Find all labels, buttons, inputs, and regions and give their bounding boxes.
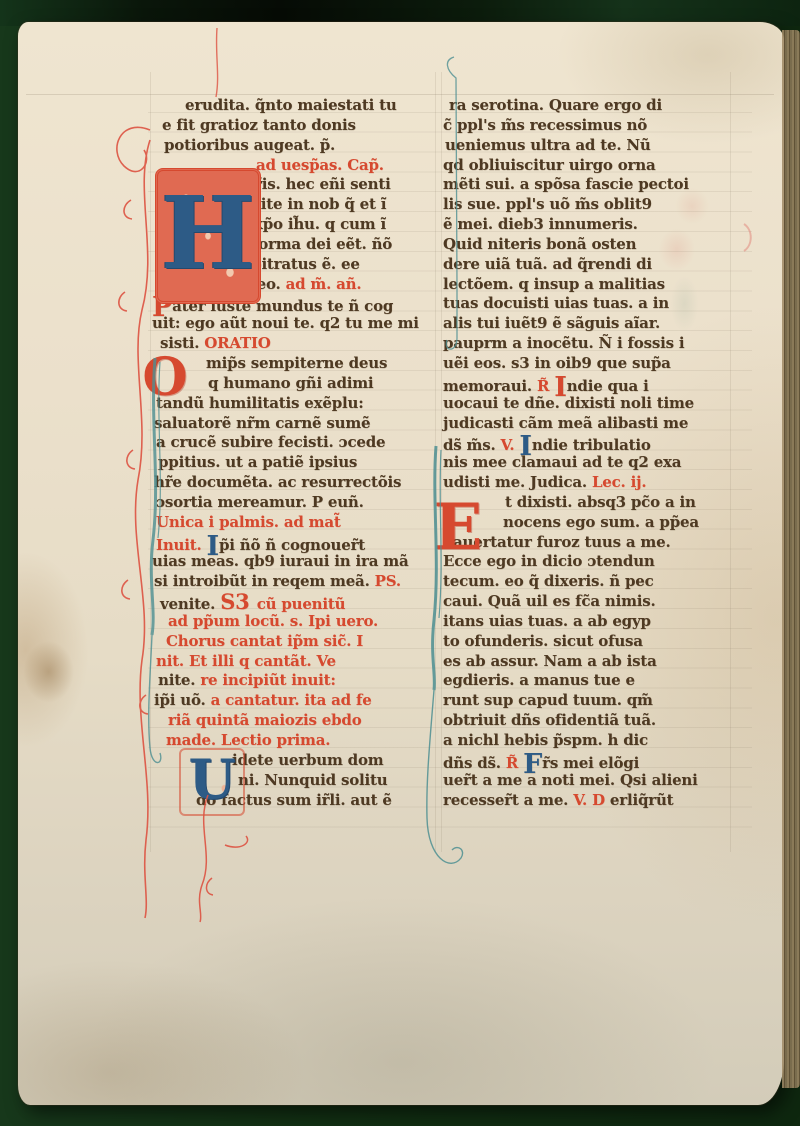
text-run: ad m̃. añ. — [286, 275, 362, 293]
text-run: qd obliuiscitur uirgo orna — [443, 156, 655, 174]
text-line: alis tui iuẽt9 ẽ sãguis aĩar. — [443, 314, 739, 334]
text-line: ppitius. ut a patiẽ ipsius — [152, 453, 448, 473]
text-run: itans uias tuas. a ab egyp — [443, 612, 651, 630]
text-run: ad pp̃um locũ. s. Ipi uero. — [168, 612, 378, 630]
text-line: auertatur furoz tuus a me. — [443, 533, 739, 553]
text-run: nit. Et illi q cantãt. Ve — [156, 652, 336, 670]
text-run: erliq̃rũt — [610, 791, 673, 809]
text-run: pauprm a inocẽtu. Ñ i fossis i — [443, 334, 684, 352]
text-run: e fit gratioz tanto donis — [162, 116, 356, 134]
text-line: uias meas. qb9 iuraui in ira mã — [152, 552, 448, 572]
text-line: lectõem. q insup a malitias — [443, 275, 739, 295]
text-line: tecum. eo q̃ dixeris. ñ pec — [443, 572, 739, 592]
text-line: saluatorẽ nr̃m carnẽ sumẽ — [152, 414, 448, 434]
text-line: udisti me. Judica. Lec. ij. — [443, 473, 739, 493]
text-line: mẽti sui. a spõsa fascie pectoi — [443, 175, 739, 195]
text-line: itans uias tuas. a ab egyp — [443, 612, 739, 632]
text-line: e fit gratioz tanto donis — [152, 116, 448, 136]
text-run: recesser̃t a me. — [443, 791, 573, 809]
text-run: r̃s mei elõgi — [542, 754, 639, 772]
manuscript-photograph: { "meta": { "kind": "illuminated-manuscr… — [0, 0, 800, 1126]
text-run: Chorus cantat ip̃m sic̃. I — [166, 632, 363, 650]
text-run: R̃ — [506, 754, 523, 772]
text-line: dere uiã tuã. ad q̃rendi di — [443, 255, 739, 275]
text-run: uias meas. qb9 iuraui in ira mã — [152, 552, 408, 570]
text-line: recesser̃t a me. V. D erliq̃rũt — [443, 791, 739, 811]
text-line: to ofunderis. sicut ofusa — [443, 632, 739, 652]
text-line: Ecce ego in dicio ɔtendun — [443, 552, 739, 572]
text-line: ra serotina. Quare ergo di — [443, 96, 739, 116]
text-run: es ab assur. Nam a ab ista — [443, 652, 657, 670]
text-run: ueniemus ultra ad te. Nũ — [445, 136, 651, 154]
text-run: ppitius. ut a patiẽ ipsius — [158, 453, 357, 471]
text-run: a crucẽ subire fecisti. ɔcede — [156, 433, 385, 451]
text-run: ra serotina. Quare ergo di — [449, 96, 662, 114]
text-line: erudita. q̃nto maiestati tu — [152, 96, 448, 116]
text-line: ip̃i uõ. a cantatur. ita ad fe — [152, 691, 448, 711]
text-run: saluatorẽ nr̃m carnẽ sumẽ — [154, 414, 370, 432]
text-line: pauprm a inocẽtu. Ñ i fossis i — [443, 334, 739, 354]
text-run: uẽi eos. s3 in oib9 que sup̃a — [443, 354, 671, 372]
text-line: dñs ds̃. R̃ Fr̃s mei elõgi — [443, 751, 739, 771]
text-line: c̃ ppl's m̃s recessimus nõ — [443, 116, 739, 136]
text-run: se equalẽ deo. — [164, 275, 286, 293]
text-run: ORATIO — [204, 334, 270, 352]
text-line: ad uesp̃as. Cap̃. — [152, 156, 448, 176]
text-run: mẽti sui. a spõsa fascie pectoi — [443, 175, 689, 193]
book-fore-edge — [782, 30, 800, 1088]
text-line: se equalẽ deo. ad m̃. añ. — [152, 275, 448, 295]
ruling-line-top — [26, 94, 774, 95]
text-run: dere uiã tuã. ad q̃rendi di — [443, 255, 652, 273]
text-run: a nichl hebis p̃spm. h dic — [443, 731, 648, 749]
text-run: tite in nob q̃ et ĩ — [254, 195, 386, 213]
text-run: si introibũt in reqem meã. — [154, 572, 375, 590]
text-run: idete uerbum dom — [232, 751, 383, 769]
text-run: dñs ds̃. — [443, 754, 506, 772]
text-line: caui. Quã uil es fc̃a nimis. — [443, 592, 739, 612]
text-run: xp̃o ih̃u. q cum ĩ — [254, 215, 386, 233]
text-run: ɔsortia mereamur. P euñ. — [156, 493, 364, 511]
text-run: ds̃ m̃s. — [443, 436, 501, 454]
text-line: nit. Et illi q cantãt. Ve — [152, 652, 448, 672]
text-run: nocens ego sum. a pp̃ea — [503, 513, 699, 531]
text-line: q humano gñi adimi — [152, 374, 448, 394]
text-line: tandũ humilitatis exẽplu: — [152, 394, 448, 414]
text-run: udisti me. Judica. — [443, 473, 592, 491]
text-run: caui. Quã uil es fc̃a nimis. — [443, 592, 656, 610]
text-run: ndie qua i — [567, 377, 649, 395]
left-column: erudita. q̃nto maiestati tue fit gratioz… — [152, 96, 448, 810]
text-run: venite. — [160, 595, 220, 613]
text-line: rapinam arbitratus ẽ. ee — [152, 255, 448, 275]
text-line: hr̃e documẽta. ac resurrectõis — [152, 473, 448, 493]
text-run: nite. — [158, 671, 200, 689]
text-line: qd obliuiscitur uirgo orna — [443, 156, 739, 176]
text-line: tuas docuisti uias tuas. a in — [443, 294, 739, 314]
text-line: uẽi eos. s3 in oib9 que sup̃a — [443, 354, 739, 374]
text-run: ndie tribulatio — [532, 436, 651, 454]
text-run: Ecce ego in dicio ɔtendun — [443, 552, 655, 570]
text-run: nis mee clamaui ad te q2 exa — [443, 453, 681, 471]
text-line: xp̃o ih̃u. q cum ĩ — [152, 215, 448, 235]
ruling-line-vertical-left — [150, 72, 151, 852]
text-run: r̃is. hec eñi senti — [254, 175, 391, 193]
text-run: cũ puenitũ — [257, 595, 346, 613]
text-line: nite. re incipiũt inuit: — [152, 671, 448, 691]
text-run: Inuit. — [156, 536, 207, 554]
text-line: do factus sum ir̃li. aut ẽ — [152, 791, 448, 811]
text-line: r̃is. hec eñi senti — [152, 175, 448, 195]
text-line: ni. Nunquid solitu — [152, 771, 448, 791]
text-run: ad uesp̃as. Cap̃. — [256, 156, 384, 174]
text-run: memoraui. — [443, 377, 537, 395]
text-line: Quid niteris bonã osten — [443, 235, 739, 255]
text-line: ẽ mei. dieb3 innumeris. — [443, 215, 739, 235]
text-run: a cantatur. ita ad fe — [211, 691, 372, 709]
text-run: mip̃s sempiterne deus — [206, 354, 387, 372]
text-run: c̃ ppl's m̃s recessimus nõ — [443, 116, 647, 134]
text-line: ad pp̃um locũ. s. Ipi uero. — [152, 612, 448, 632]
text-line: lis sue. ppl's uõ m̃s oblit9 — [443, 195, 739, 215]
text-run: obtriuit dñs ofidentiã tuã. — [443, 711, 656, 729]
text-line: ɔsortia mereamur. P euñ. — [152, 493, 448, 513]
text-line: memoraui. R̃ Indie qua i — [443, 374, 739, 394]
text-run: ẽ mei. dieb3 innumeris. — [443, 215, 638, 233]
text-run: runt sup capud tuum. qm̃ — [443, 691, 653, 709]
text-run: sisti. — [160, 334, 204, 352]
text-line: obtriuit dñs ofidentiã tuã. — [443, 711, 739, 731]
text-line: Inuit. Ip̃i ñõ ñ cognouer̃t — [152, 533, 448, 553]
text-run: tandũ humilitatis exẽplu: — [156, 394, 364, 412]
text-run: alis tui iuẽt9 ẽ sãguis aĩar. — [443, 314, 660, 332]
text-run: ni. Nunquid solitu — [238, 771, 387, 789]
text-run: q humano gñi adimi — [208, 374, 373, 392]
text-run: ip̃i uõ. — [154, 691, 211, 709]
text-line: Chorus cantat ip̃m sic̃. I — [152, 632, 448, 652]
text-run: Lec. ij. — [592, 473, 646, 491]
text-line: uer̃t a me a noti mei. Qsi alieni — [443, 771, 739, 791]
text-run: tecum. eo q̃ dixeris. ñ pec — [443, 572, 654, 590]
text-line: a nichl hebis p̃spm. h dic — [443, 731, 739, 751]
text-line: uocaui te dñe. dixisti noli time — [443, 394, 739, 414]
text-line: Pater iuste mundus te ñ cog — [152, 294, 448, 314]
text-run: ater iuste mundus te ñ cog — [172, 297, 393, 315]
text-run: uit: ego aũt noui te. q2 tu me mi — [152, 314, 419, 332]
text-line: nis mee clamaui ad te q2 exa — [443, 453, 739, 473]
text-line: si introibũt in reqem meã. PS. — [152, 572, 448, 592]
text-line: runt sup capud tuum. qm̃ — [443, 691, 739, 711]
text-run: V. — [501, 436, 520, 454]
text-line: potioribus augeat. p̃. — [152, 136, 448, 156]
text-line: a crucẽ subire fecisti. ɔcede — [152, 433, 448, 453]
text-line: judicasti cãm meã alibasti me — [443, 414, 739, 434]
text-line: mip̃s sempiterne deus — [152, 354, 448, 374]
text-line: nocens ego sum. a pp̃ea — [443, 513, 739, 533]
text-run: erudita. q̃nto maiestati tu — [185, 96, 397, 114]
text-run: uocaui te dñe. dixisti noli time — [443, 394, 694, 412]
text-run: auertatur furoz tuus a me. — [453, 533, 670, 551]
text-line: es ab assur. Nam a ab ista — [443, 652, 739, 672]
text-run: Quid niteris bonã osten — [443, 235, 636, 253]
text-run: t dixisti. absq3 pc̃o a in — [505, 493, 696, 511]
text-line: ds̃ m̃s. V. Indie tribulatio — [443, 433, 739, 453]
text-line: forma dei eẽt. ñõ — [152, 235, 448, 255]
text-run: hr̃e documẽta. ac resurrectõis — [154, 473, 401, 491]
text-line: Unica i palmis. ad mat̃ — [152, 513, 448, 533]
text-line: idete uerbum dom — [152, 751, 448, 771]
text-line: sisti. ORATIO — [152, 334, 448, 354]
text-line: egdieris. a manus tue e — [443, 671, 739, 691]
text-run: riã quintã maiozis ebdo — [168, 711, 362, 729]
text-run: R̃ — [537, 377, 554, 395]
text-run: V. D — [573, 791, 610, 809]
text-line: tite in nob q̃ et ĩ — [152, 195, 448, 215]
text-run: to ofunderis. sicut ofusa — [443, 632, 643, 650]
text-run: p̃i ñõ ñ cognouer̃t — [219, 536, 365, 554]
text-run: lectõem. q insup a malitias — [443, 275, 665, 293]
text-run: made. Lectio prima. — [166, 731, 330, 749]
text-run: potioribus augeat. p̃. — [164, 136, 335, 154]
text-run: do factus sum ir̃li. aut ẽ — [196, 791, 392, 809]
text-line: uit: ego aũt noui te. q2 tu me mi — [152, 314, 448, 334]
text-run: uer̃t a me a noti mei. Qsi alieni — [443, 771, 698, 789]
text-run: forma dei eẽt. ñõ — [252, 235, 392, 253]
right-column: ra serotina. Quare ergo dic̃ ppl's m̃s r… — [443, 96, 739, 810]
text-line: t dixisti. absq3 pc̃o a in — [443, 493, 739, 513]
text-run: PS. — [375, 572, 401, 590]
text-run: lis sue. ppl's uõ m̃s oblit9 — [443, 195, 652, 213]
text-line: riã quintã maiozis ebdo — [152, 711, 448, 731]
text-line: ueniemus ultra ad te. Nũ — [443, 136, 739, 156]
text-run: Unica i palmis. ad mat̃ — [156, 513, 341, 531]
text-run: re incipiũt inuit: — [200, 671, 335, 689]
text-run: judicasti cãm meã alibasti me — [443, 414, 688, 432]
text-run: S3 — [220, 589, 257, 614]
manuscript-page: erudita. q̃nto maiestati tue fit gratioz… — [18, 22, 784, 1105]
text-run: egdieris. a manus tue e — [443, 671, 635, 689]
text-run: rapinam arbitratus ẽ. ee — [160, 255, 360, 273]
text-line: venite. S3 cũ puenitũ — [152, 592, 448, 612]
text-line: made. Lectio prima. — [152, 731, 448, 751]
text-run: tuas docuisti uias tuas. a in — [443, 294, 669, 312]
